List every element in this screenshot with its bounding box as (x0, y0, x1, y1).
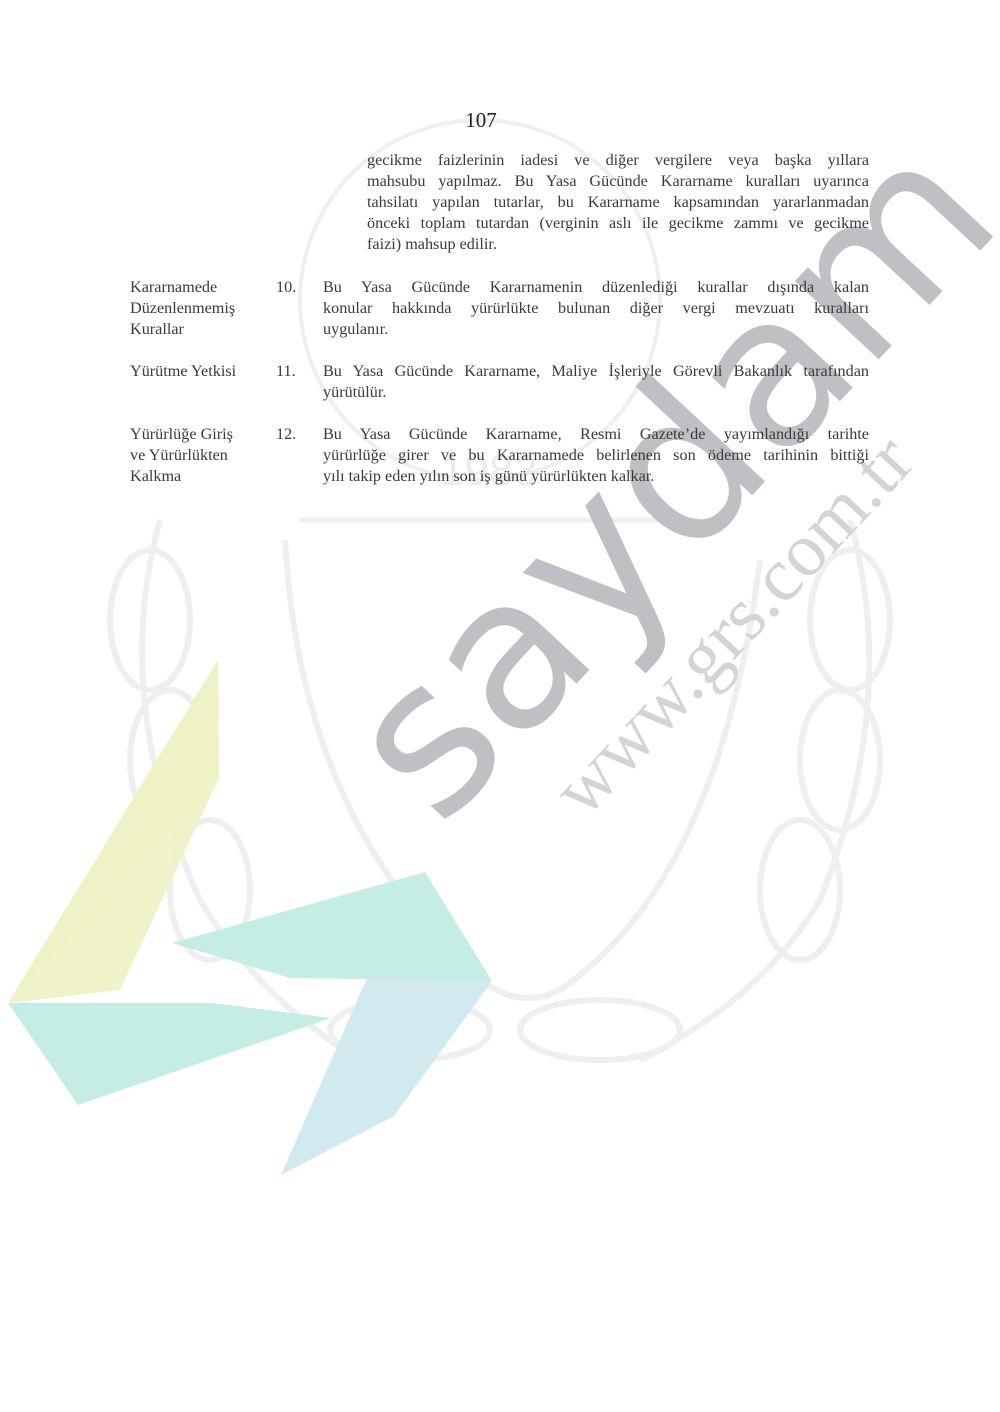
article-number: 10. (276, 277, 316, 298)
article-line: Bu Yasa Gücünde Kararnamenin düzenlediği… (323, 277, 869, 298)
article-side-heading: Yürürlüğe Giriş ve Yürürlükten Kalkma (130, 424, 270, 487)
side-heading-line: Yürürlüğe Giriş (130, 424, 270, 445)
article-number: 11. (276, 361, 316, 382)
logo-yellow-shape (8, 660, 219, 1003)
document-page: 1983 saydam www.grs.com.tr 107 gecikme f… (0, 0, 1000, 1412)
seal-watermark-icon (110, 120, 890, 1060)
logo-mint-shape-upper (172, 872, 492, 981)
paragraph-line: faizi) mahsup edilir. (367, 234, 869, 255)
article-body: Bu Yasa Gücünde Kararnamenin düzenlediği… (323, 277, 869, 340)
side-heading-line: Kurallar (130, 319, 270, 340)
article-body: Bu Yasa Gücünde Kararname, Maliye İşleri… (323, 361, 869, 403)
continuation-paragraph: gecikme faizlerinin iadesi ve diğer verg… (367, 150, 869, 255)
article-body: Bu Yasa Gücünde Kararname, Resmi Gazete’… (323, 424, 869, 487)
logo-yellow-shape-2 (8, 660, 219, 1003)
paragraph-line: önceki toplam tutardan (verginin aslı il… (367, 213, 869, 234)
article-line: uygulanır. (323, 319, 869, 340)
page-number: 107 (0, 108, 962, 133)
article-line: yılı takip eden yılın son iş günü yürürl… (323, 466, 869, 487)
paragraph-line: gecikme faizlerinin iadesi ve diğer verg… (367, 150, 869, 171)
side-heading-line: ve Yürürlükten (130, 445, 270, 466)
side-heading-line: Düzenlenmemiş (130, 298, 270, 319)
article-line: yürütülür. (323, 382, 869, 403)
article-line: Bu Yasa Gücünde Kararname, Resmi Gazete’… (323, 424, 869, 445)
article-side-heading: Yürütme Yetkisi (130, 361, 270, 382)
article-line: yürürlüğe girer ve bu Kararnamede belirl… (323, 445, 869, 466)
article-line: Bu Yasa Gücünde Kararname, Maliye İşleri… (323, 361, 869, 382)
paragraph-line: tahsilatı yapılan tutarlar, bu Kararname… (367, 192, 869, 213)
side-heading-line: Kararnamede (130, 277, 270, 298)
logo-mint-shape-lower (8, 1003, 331, 1105)
article-number: 12. (276, 424, 316, 445)
paragraph-line: mahsubu yapılmaz. Bu Yasa Gücünde Kararn… (367, 171, 869, 192)
side-heading-line: Kalkma (130, 466, 270, 487)
logo-sky-shape (281, 978, 492, 1175)
side-heading-line: Yürütme Yetkisi (130, 361, 270, 382)
article-side-heading: Kararnamede Düzenlenmemiş Kurallar (130, 277, 270, 340)
article-line: konular hakkında yürürlükte bulunan diğe… (323, 298, 869, 319)
